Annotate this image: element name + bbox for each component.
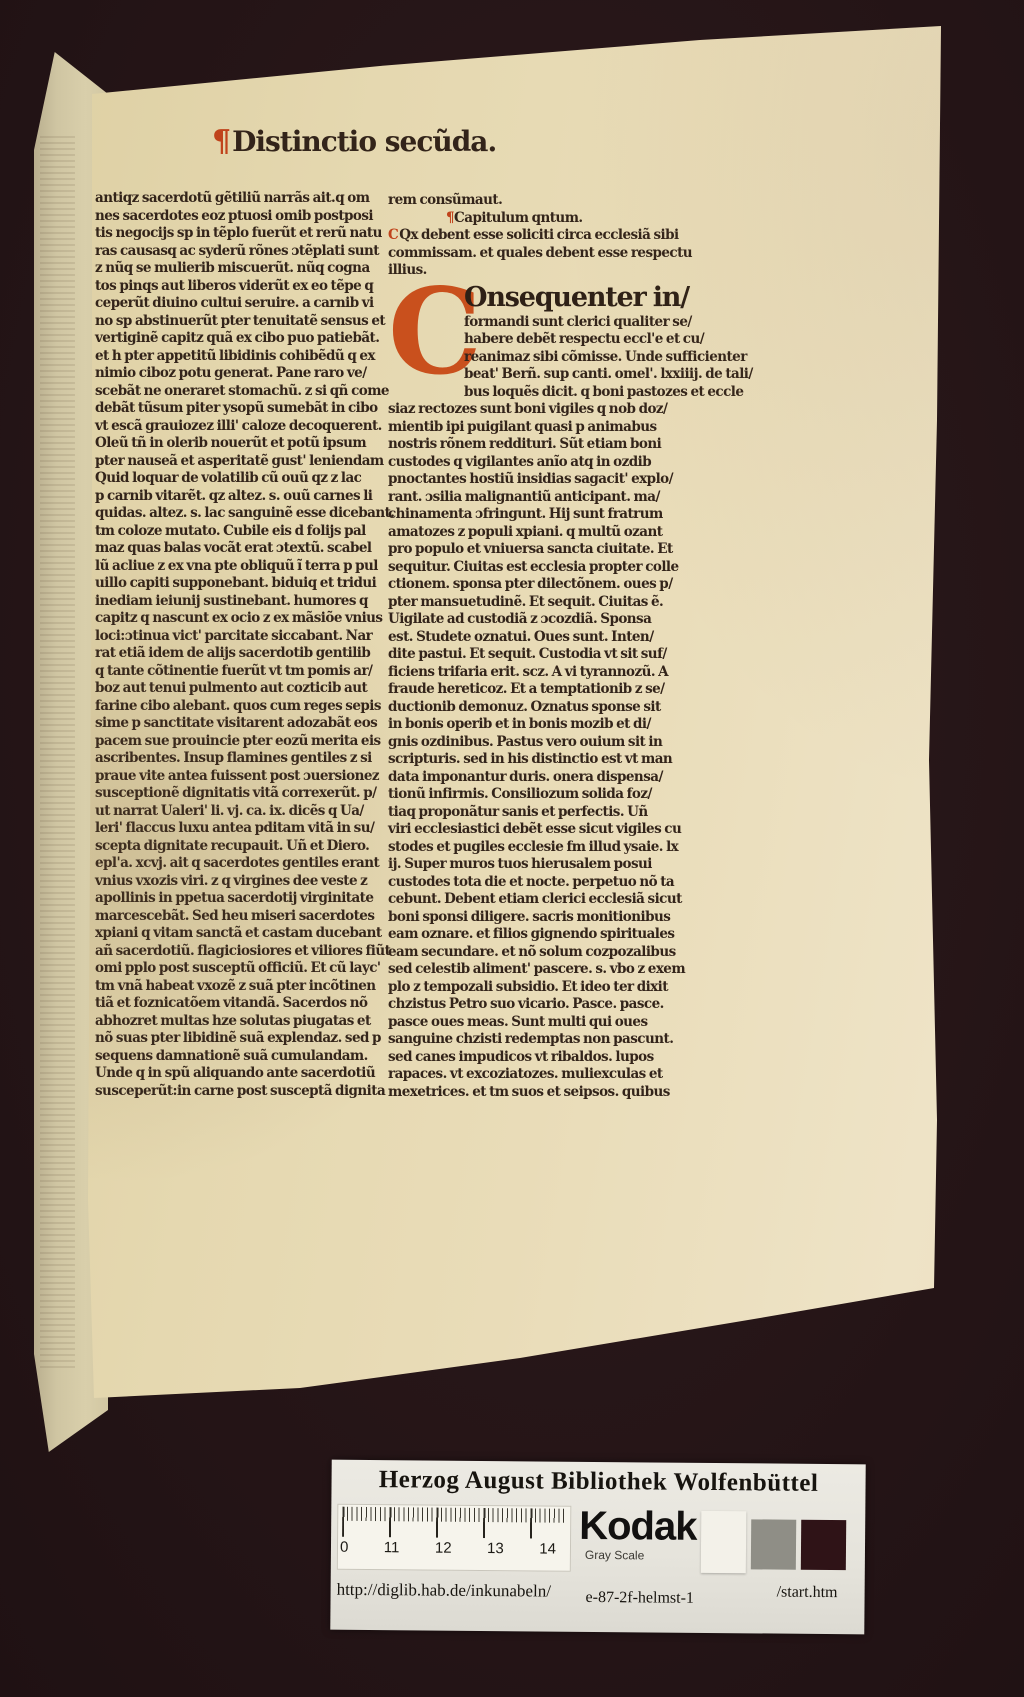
text-line: ficiens trifaria erit. scz. A vi tyranno… (388, 664, 668, 682)
text-line: scripturis. sed in his distinctio est vt… (388, 751, 668, 769)
text-line: gnis ozdinibus. Pastus vero ouium sit in (388, 734, 668, 752)
text-line: capitz q nascunt ex ocio z ex mãsiõe vni… (95, 610, 375, 628)
text-line: Unde q in spũ aliquando ante sacerdotiũ (95, 1065, 375, 1083)
shelfmark: e-87-2f-helmst-1 (585, 1589, 694, 1608)
text-line: tm coloze mutato. Cubile eis d folijs pa… (95, 523, 375, 541)
text-line: pter mansuetudinẽ. Et sequit. Ciuitas ẽ. (388, 594, 668, 612)
text-line: ceperũt diuino cultui seruire. a carnib … (95, 295, 375, 313)
text-line: mientib ipi puigilant quasi p animabus (388, 419, 668, 437)
text-line: praue vite antea fuissent post ɔuersione… (95, 768, 375, 786)
text-line: rapaces. vt excoziatozes. muliexculas et (388, 1066, 668, 1084)
text-line: nes sacerdotes eoz ptuosi omib postposi (95, 208, 375, 226)
manuscript-page: ¶Distinctio secũda. antiqz sacerdotũ gẽt… (0, 0, 1024, 1697)
text-line: leri' flaccus luxu antea pditam vitã in … (95, 820, 375, 838)
chapter-heading-line: ¶Capitulum qntum. (388, 210, 668, 228)
page-heading: ¶Distinctio secũda. (212, 124, 496, 159)
scan-photo: ¶Distinctio secũda. antiqz sacerdotũ gẽt… (0, 0, 1024, 1697)
text-line: vertiginẽ capitz quã ex cibo puo patiebã… (95, 330, 375, 348)
text-line: custodes q vigilantes anĩo atq in ozdib (388, 454, 668, 472)
diglib-url: http://diglib.hab.de/inkunabeln/ (337, 1580, 552, 1602)
ruler-numbers: 011121314 (340, 1539, 556, 1558)
text-line: susceperũt:in carne post susceptã dignit… (95, 1083, 375, 1101)
pilcrow-mark: ¶ (212, 124, 230, 159)
left-text-column: antiqz sacerdotũ gẽtiliũ narrãs ait.q om… (95, 190, 375, 1100)
ruler-ticks (342, 1507, 566, 1539)
text-line: marcescebãt. Sed heu miseri sacerdotes (95, 908, 375, 926)
text-line: Quid loquar de volatilib cũ ouũ qz z lac (95, 470, 375, 488)
text-line: chzistus Petro suo vicario. Pasce. pasce… (388, 996, 668, 1014)
text-line: rat etiã idem de alijs sacerdotib gentil… (95, 645, 375, 663)
text-line: et h pter appetitũ libidinis cohibẽdũ q … (95, 348, 375, 366)
text-line: omi pplo post susceptũ officiũ. Et cũ la… (95, 960, 375, 978)
text-line: dite pastui. Et sequit. Custodia vt sit … (388, 646, 668, 664)
heading-text: Distinctio secũda. (232, 125, 496, 158)
text-line: 14 (539, 1540, 556, 1557)
text-line: z nũq se mulierib miscuerũt. nũq cogna (95, 260, 375, 278)
text-line: ras causasq ac syderũ rõnes ɔtẽplati sun… (95, 243, 375, 261)
text-line: tos pinqs aut liberos viderũt ex eo tẽpe… (95, 278, 375, 296)
text-line: no sp abstinuerũt pter tenuitatẽ sensus … (95, 313, 375, 331)
scan-label-bar: Herzog August Bibliothek Wolfenbüttel 01… (330, 1460, 865, 1635)
text-line: stodes et pugiles ecclesie fm illud ysai… (388, 839, 668, 857)
text-line: ut narrat Ualeri' li. vj. ca. ix. dicẽs … (95, 803, 375, 821)
start-link-label: /start.htm (777, 1584, 838, 1603)
text-line: quidas. altez. s. lac sanguinẽ esse dice… (95, 505, 375, 523)
text-line: q tante cõtinentie fuerũt vt tm pomis ar… (95, 663, 375, 681)
text-line: sed canes impudicos vt ribaldos. lupos (388, 1049, 668, 1067)
chapter-heading-text: Capitulum qntum. (454, 210, 583, 226)
text-line: chinamenta ɔfringunt. Hij sunt fratrum (388, 506, 668, 524)
text-line: añ sacerdotiũ. flagiciosiores et viliore… (95, 943, 375, 961)
text-line: pter nauseã et asperitatẽ gust' lenienda… (95, 453, 375, 471)
text-line: ij. Super muros tuos hierusalem posui (388, 856, 668, 874)
text-line: amatozes z populi xpiani. q multũ ozant (388, 524, 668, 542)
text-line: antiqz sacerdotũ gẽtiliũ narrãs ait.q om (95, 190, 375, 208)
text-line: 13 (487, 1540, 504, 1557)
text-line: eam secundare. et nõ solum cozpozalibus (388, 944, 668, 962)
text-line: pnoctantes hostiũ insidias sagacit' expl… (388, 471, 668, 489)
text-line: sed celestib aliment' pascere. s. vbo z … (388, 961, 668, 979)
text-line: tiaq proponãtur sanis et perfectis. Uñ (388, 804, 668, 822)
text-line: data imponantur duris. onera dispensa/ (388, 769, 668, 787)
text-line: maz quas balas vocãt erat ɔtextũ. scabel (95, 540, 375, 558)
gray-patch-mid (751, 1519, 796, 1569)
text-line: scepta dignitate recupauit. Uñ et Diero. (95, 838, 375, 856)
carryover-line: rem consũmaut. (388, 192, 668, 210)
text-line: inediam ieiunij sustinebant. humores q (95, 593, 375, 611)
chapter-summary-line: commissam. et quales debent esse respect… (388, 245, 668, 263)
chapter-summary-text: Qx debent esse soliciti circa ecclesiã s… (399, 227, 678, 243)
text-line: tm vnã habeat vxozẽ z suã pter incõtinen (95, 978, 375, 996)
text-line: nostris rõnem reddituri. Sũt etiam boni (388, 436, 668, 454)
text-line: fraude hereticoz. Et a temptationib z se… (388, 681, 668, 699)
text-line: boz aut tenui pulmento aut cozticib aut (95, 680, 375, 698)
text-line: tiã et foznicatõem vitandã. Sacerdos nõ (95, 995, 375, 1013)
text-line: abhozret multas hze solutas piugatas et (95, 1013, 375, 1031)
gray-patch-dark (801, 1520, 846, 1570)
text-line: tionũ infirmis. Consiliozum solida foz/ (388, 786, 668, 804)
text-line: ascribentes. Insup flamines gentiles z s… (95, 750, 375, 768)
chapter-paragraph: C Onsequenter in/ formandi sunt clerici … (388, 282, 668, 1102)
paragraph-body: reanimaz sibi cõmisse. Unde sufficienter… (388, 349, 668, 1102)
gray-patch-white (701, 1511, 747, 1573)
text-line: apollinis in ppetua sacerdotij virginita… (95, 890, 375, 908)
text-line: pacem sue prouincie pter eozũ merita eis (95, 733, 375, 751)
text-line: cebunt. Debent etiam clerici ecclesiã si… (388, 891, 668, 909)
library-name: Herzog August Bibliothek Wolfenbüttel (331, 1466, 865, 1499)
right-text-column: rem consũmaut. ¶Capitulum qntum. CQx deb… (388, 192, 668, 1101)
text-line: sequitur. Ciuitas est ecclesia propter c… (388, 559, 668, 577)
text-line: tis negocijs sp in tẽplo fuerũt et rerũ … (95, 225, 375, 243)
text-line: ductionib demonuz. Oznatus sponse sit (388, 699, 668, 717)
rubric-initial: C (388, 227, 398, 243)
text-line: boni sponsi diligere. sacris monitionibu… (388, 909, 668, 927)
text-line: debãt tũsum piter ysopũ sumebãt in cibo (95, 400, 375, 418)
text-line: 0 (340, 1539, 348, 1556)
pilcrow-mark: ¶ (446, 210, 454, 226)
ruler: 011121314 (337, 1504, 572, 1572)
text-line: mexetrices. et tm suos et seipsos. quibu… (388, 1084, 668, 1102)
text-line: Oleũ tñ in olerib nouerũt et potũ ipsum (95, 435, 375, 453)
gray-scale-patches (701, 1519, 846, 1574)
text-line: farine cibo alebant. quos cum reges sepi… (95, 698, 375, 716)
text-line: uillo capiti supponebant. biduiq et trid… (95, 575, 375, 593)
text-line: nimio ciboz potu generat. Pane raro ve/ (95, 365, 375, 383)
text-line: p carnib vitarẽt. qz altez. s. ouũ carne… (95, 488, 375, 506)
text-line: pasce oues meas. Sunt multi qui oues (388, 1014, 668, 1032)
text-line: est. Studete oznatui. Oues sunt. Inten/ (388, 629, 668, 647)
text-line: Uigilate ad custodiã z ɔcozdiã. Sponsa (388, 611, 668, 629)
text-line: susceptionẽ dignitatis vitã correxerũt. … (95, 785, 375, 803)
text-line: custodes tota die et nocte. perpetuo nõ … (388, 874, 668, 892)
text-line: siaz rectozes sunt boni vigiles q nob do… (388, 401, 668, 419)
text-line: loci:ɔtinua vict' parcitate siccabant. N… (95, 628, 375, 646)
text-line: 12 (435, 1540, 452, 1557)
text-line: lũ acliue z ex vna pte obliquũ ĩ terra p… (95, 558, 375, 576)
text-line: in bonis operib et in bonis mozib et di/ (388, 716, 668, 734)
text-line: sime p sanctitate visitarent adozabãt eo… (95, 715, 375, 733)
text-line: vt escã grauiozez illi' caloze decoquere… (95, 418, 375, 436)
text-line: rant. ɔsilia malignantiũ anticipant. ma/ (388, 489, 668, 507)
lombardic-initial: C (388, 286, 460, 386)
text-line: sanguine chzisti redemptas non pascunt. (388, 1031, 668, 1049)
text-line: pro populo et vniuersa sancta ciuitate. … (388, 541, 668, 559)
gray-scale-label: Gray Scale (585, 1548, 699, 1563)
text-line: vnius vxozis viri. z q virgines dee vest… (95, 873, 375, 891)
text-line: eam oznare. et filios gignendo spiritual… (388, 926, 668, 944)
chapter-summary-line: CQx debent esse soliciti circa ecclesiã … (388, 227, 668, 245)
text-line: 11 (384, 1539, 400, 1556)
text-line: epl'a. xcvj. ait q sacerdotes gentiles e… (95, 855, 375, 873)
text-line: xpiani q vitam sanctã et castam ducebant (95, 925, 375, 943)
text-line: plo z tempozali subsidio. Et ideo ter di… (388, 979, 668, 997)
text-line: scebãt ne oneraret stomachũ. z si qñ com… (95, 383, 375, 401)
kodak-logo: Kodak (579, 1506, 699, 1547)
text-line: viri ecclesiastici debẽt esse sicut vigi… (388, 821, 668, 839)
text-line: ctionem. sponsa pter dilectõnem. oues p/ (388, 576, 668, 594)
text-line: sequens damnationẽ suã cumulandam. (95, 1048, 375, 1066)
text-line: nõ suas pter libidinẽ suã explendaz. sed… (95, 1030, 375, 1048)
kodak-gray-scale-card: Kodak Gray Scale (579, 1506, 699, 1563)
